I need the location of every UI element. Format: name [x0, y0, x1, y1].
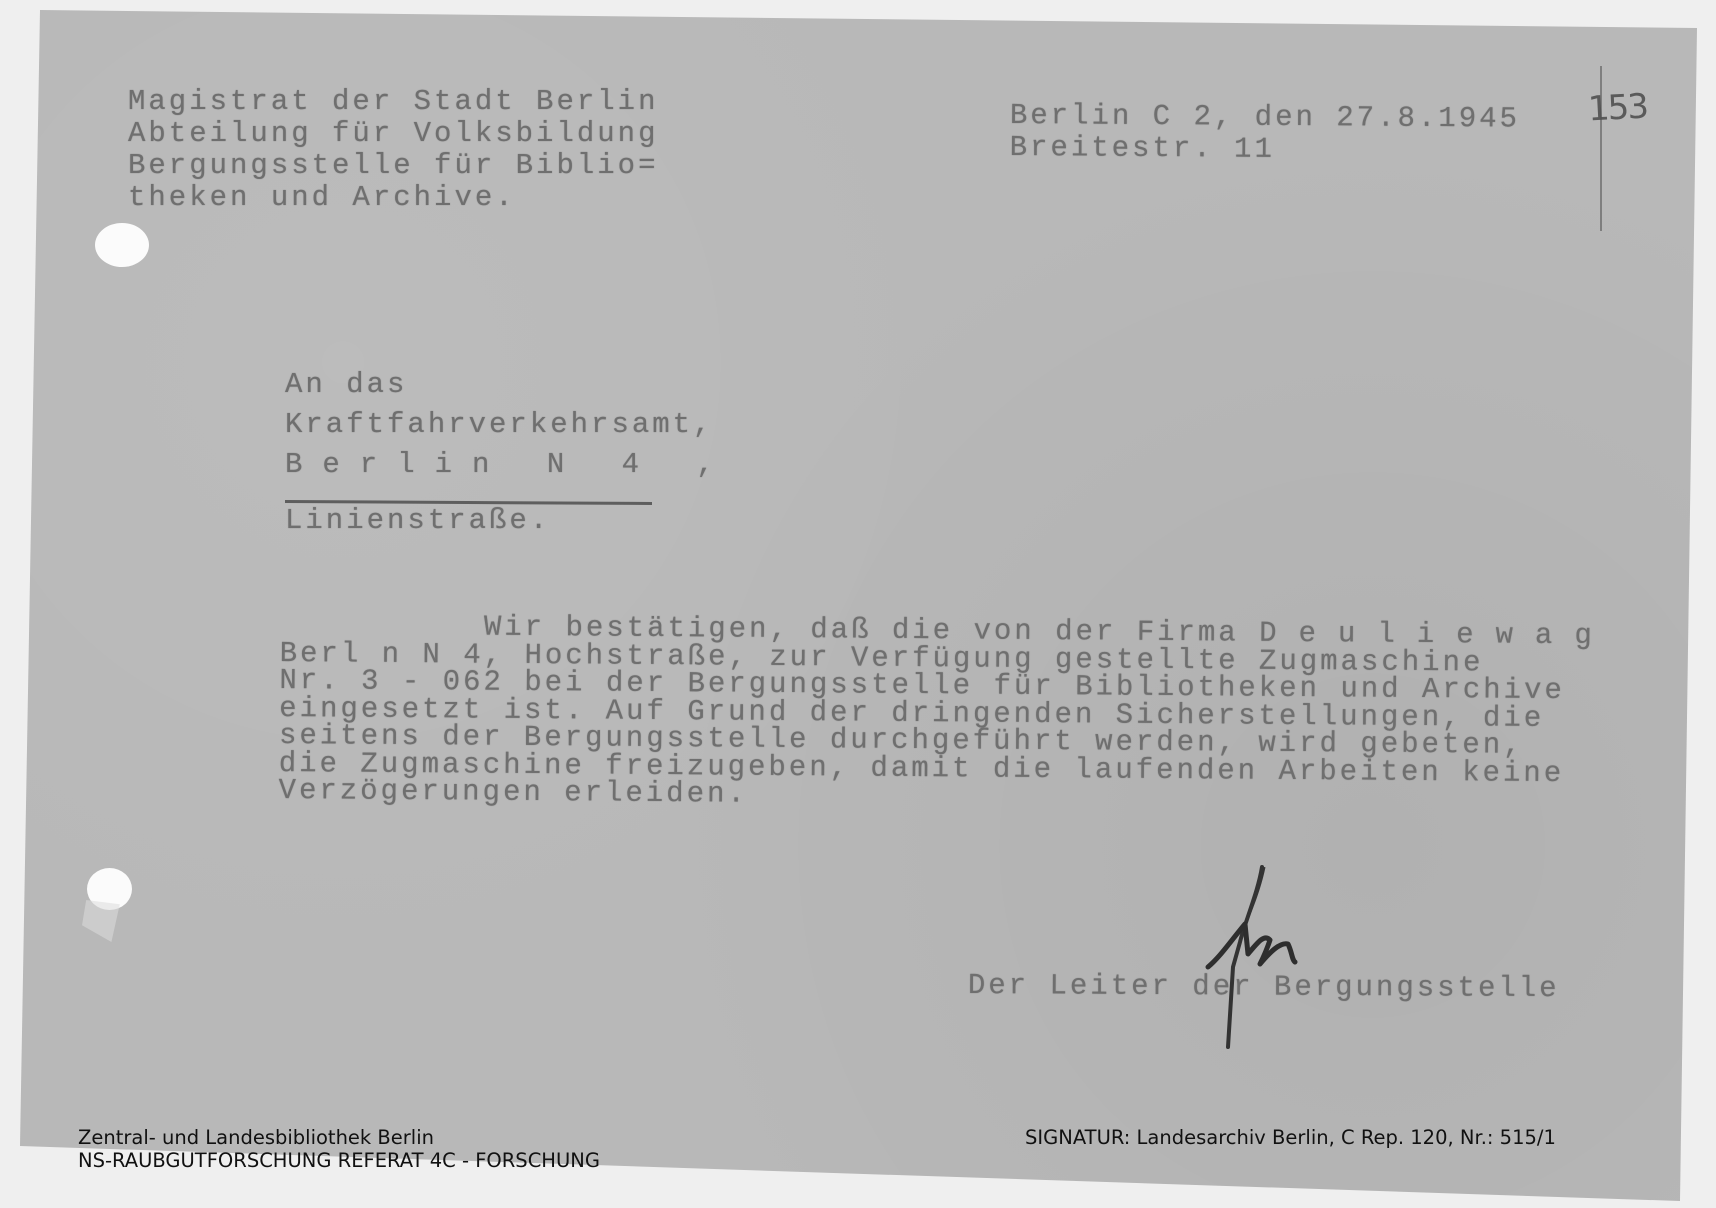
- letterhead-line: Bergungsstelle für Biblio=: [128, 150, 658, 182]
- archive-signature-reference: SIGNATUR: Landesarchiv Berlin, C Rep. 12…: [1025, 1126, 1556, 1149]
- letterhead: Magistrat der Stadt BerlinAbteilung für …: [128, 86, 658, 214]
- place-date-block: Berlin C 2, den 27.8.1945Breitestr. 11: [1010, 100, 1521, 168]
- letterhead-line: theken und Archive.: [128, 182, 658, 214]
- handwritten-page-number: 153: [1587, 86, 1648, 129]
- recipient-office: Kraftfahrverkehrsamt,: [285, 405, 734, 445]
- margin-pencil-line: [1600, 66, 1602, 231]
- recipient-street: Linienstraße.: [285, 505, 550, 537]
- archive-caption-left: Zentral- und Landesbibliothek BerlinNS-R…: [78, 1126, 600, 1172]
- letter-body: Wir bestätigen, daß die von der Firma De…: [278, 612, 1613, 815]
- punch-hole-top: [95, 223, 149, 267]
- recipient-address: An dasKraftfahrverkehrsamt,Berlin N 4 ,: [285, 365, 734, 485]
- department-name: NS-RAUBGUTFORSCHUNG REFERAT 4C - FORSCHU…: [78, 1149, 600, 1172]
- institution-name: Zentral- und Landesbibliothek Berlin: [78, 1126, 600, 1149]
- recipient-line: An das: [285, 365, 734, 405]
- letterhead-line: Abteilung für Volksbildung: [128, 118, 658, 150]
- recipient-city: Berlin N 4 ,: [285, 445, 734, 485]
- place-date: Berlin C 2, den 27.8.1945: [1010, 100, 1520, 136]
- handwritten-signature: [1200, 862, 1310, 1052]
- letterhead-line: Magistrat der Stadt Berlin: [128, 86, 658, 118]
- sender-street: Breitestr. 11: [1010, 132, 1520, 168]
